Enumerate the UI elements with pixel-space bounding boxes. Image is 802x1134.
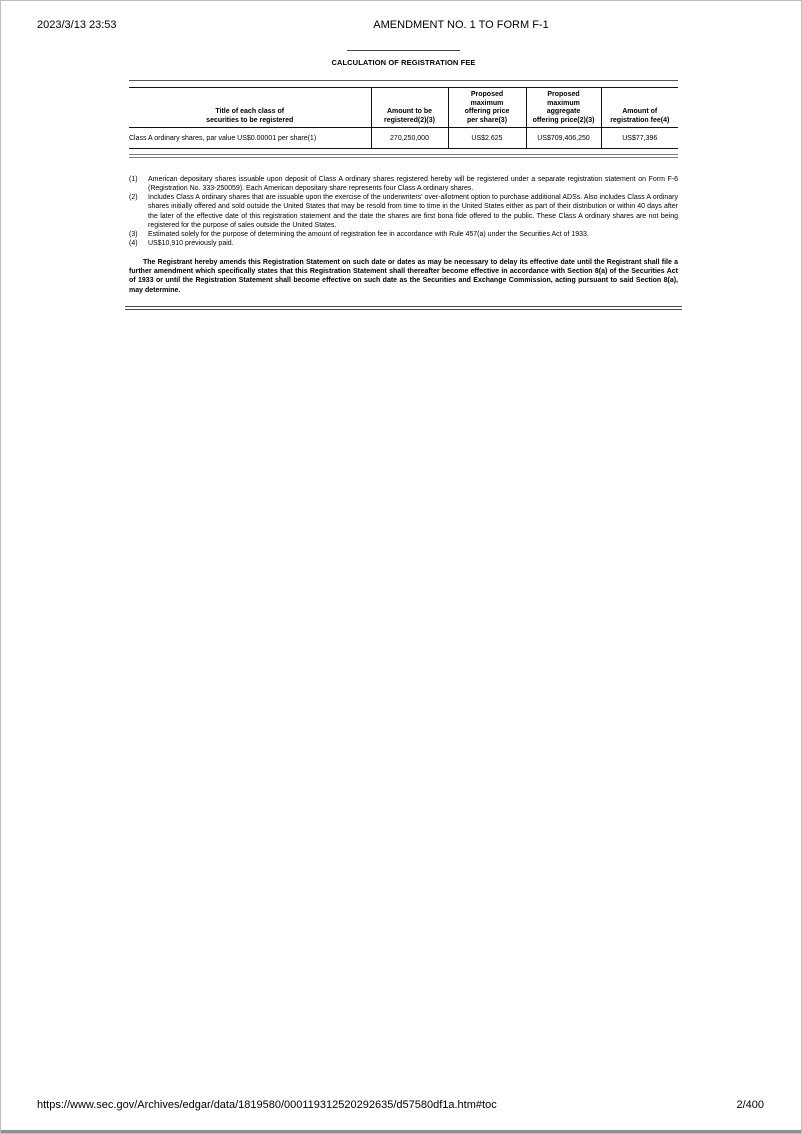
cell-registration-fee: US$77,396 xyxy=(601,128,678,149)
cell-amount-registered: 270,250,000 xyxy=(371,128,448,149)
footnote-1: (1) American depositary shares issuable … xyxy=(129,175,678,193)
section-title: CALCULATION OF REGISTRATION FEE xyxy=(129,58,678,67)
col-header-amount-registered: Amount to be registered(2)(3) xyxy=(371,88,448,128)
registration-fee-table: Title of each class of securities to be … xyxy=(129,87,678,149)
footnote-text: American depositary shares issuable upon… xyxy=(148,175,678,193)
footnotes: (1) American depositary shares issuable … xyxy=(129,175,678,249)
col-header-offering-price-per-share: Proposed maximum offering price per shar… xyxy=(448,88,526,128)
footnote-text: Estimated solely for the purpose of dete… xyxy=(148,230,678,239)
amendment-clause: The Registrant hereby amends this Regist… xyxy=(129,258,678,296)
table-bottom-divider xyxy=(129,154,678,158)
cell-aggregate-price: US$709,406,250 xyxy=(526,128,601,149)
footnote-marker: (1) xyxy=(129,175,148,193)
footnote-4: (4) US$10,910 previously paid. xyxy=(129,239,678,248)
footnote-marker: (4) xyxy=(129,239,148,248)
footer-source-url: https://www.sec.gov/Archives/edgar/data/… xyxy=(37,1099,497,1111)
footnote-3: (3) Estimated solely for the purpose of … xyxy=(129,230,678,239)
footnote-marker: (3) xyxy=(129,230,148,239)
short-divider xyxy=(347,50,460,51)
header-document-title: AMENDMENT NO. 1 TO FORM F-1 xyxy=(121,19,801,31)
print-preview-page: 2023/3/13 23:53 AMENDMENT NO. 1 TO FORM … xyxy=(0,0,802,1134)
page-end-double-divider xyxy=(125,306,682,310)
table-row: Class A ordinary shares, par value US$0.… xyxy=(129,128,678,149)
table-header-row: Title of each class of securities to be … xyxy=(129,88,678,128)
col-header-registration-fee: Amount of registration fee(4) xyxy=(601,88,678,128)
footer-page-indicator: 2/400 xyxy=(736,1099,764,1111)
col-header-title-of-class: Title of each class of securities to be … xyxy=(129,88,371,128)
footnote-2: (2) Includes Class A ordinary shares tha… xyxy=(129,193,678,230)
cell-security-title: Class A ordinary shares, par value US$0.… xyxy=(129,128,371,149)
footnote-text: Includes Class A ordinary shares that ar… xyxy=(148,193,678,230)
document-body: CALCULATION OF REGISTRATION FEE Title of… xyxy=(129,43,678,310)
footnote-marker: (2) xyxy=(129,193,148,230)
page-bottom-edge xyxy=(1,1130,801,1133)
footnote-text: US$10,910 previously paid. xyxy=(148,239,678,248)
cell-price-per-share: US$2.625 xyxy=(448,128,526,149)
section-divider xyxy=(129,80,678,81)
header-timestamp: 2023/3/13 23:53 xyxy=(37,19,117,31)
col-header-aggregate-offering-price: Proposed maximum aggregate offering pric… xyxy=(526,88,601,128)
